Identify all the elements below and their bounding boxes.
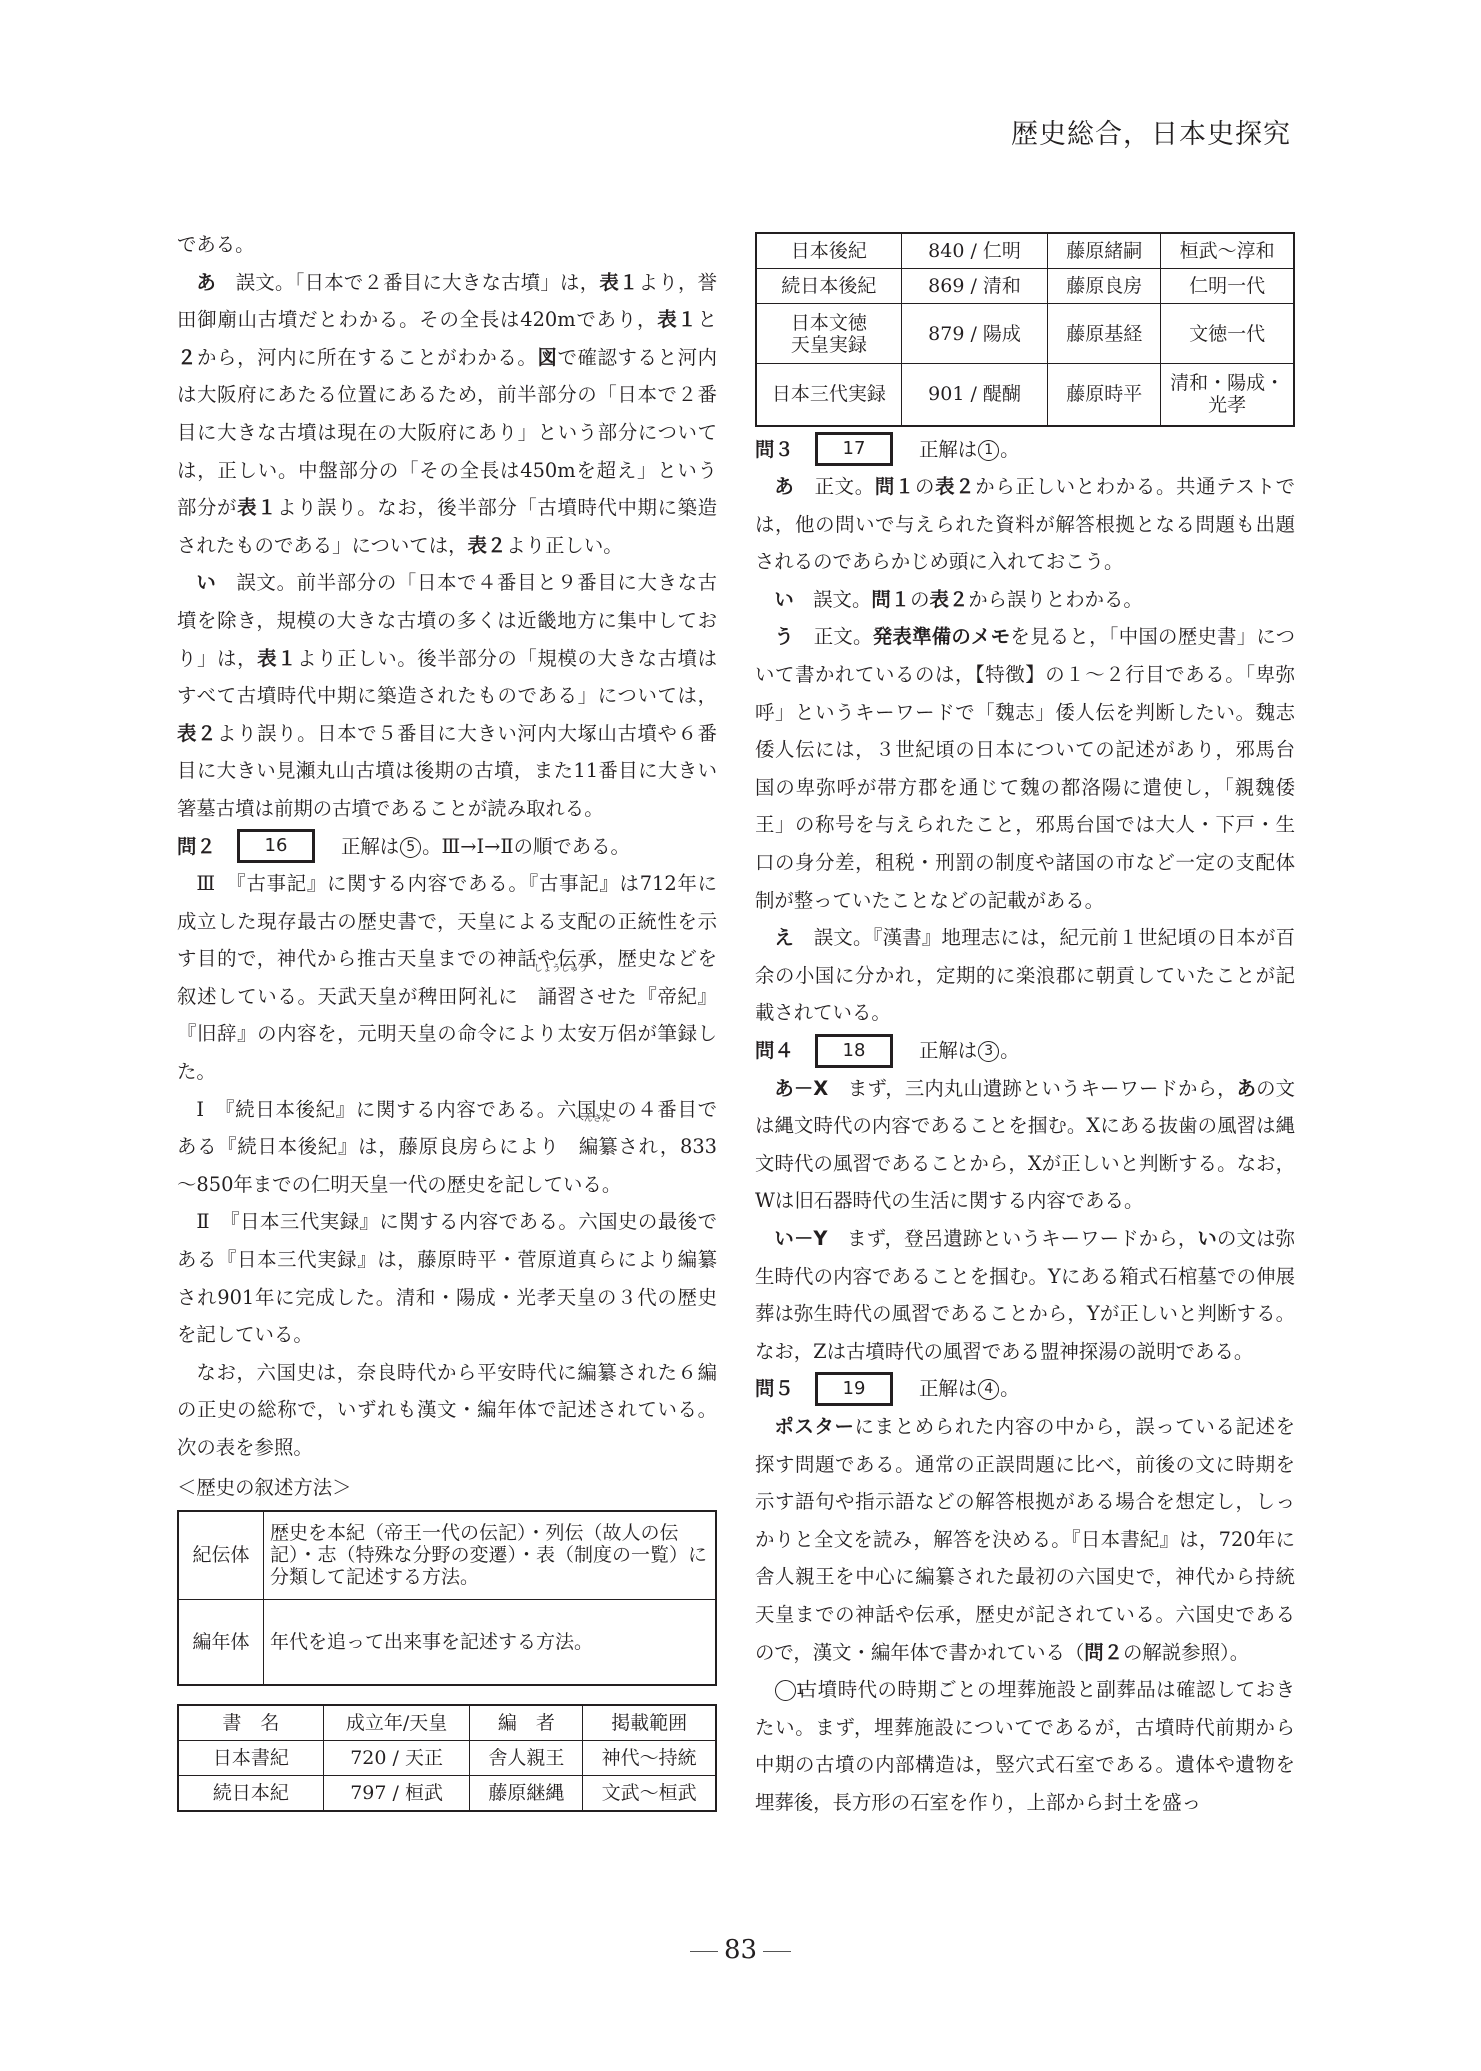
question-3-header: 問３ 17 正解は1。 <box>755 431 1295 469</box>
table-cell: 869 / 清和 <box>901 269 1048 304</box>
answer-text: 正解は1。 <box>919 431 1020 469</box>
table-cell: 840 / 仁明 <box>901 233 1048 269</box>
right-column: 日本後紀 840 / 仁明 藤原緒嗣 桓武～淳和 続日本後紀 869 / 清和 … <box>755 226 1295 1821</box>
table-header-cell: 成立年/天皇 <box>323 1705 470 1741</box>
paragraph-e: え 誤文。『漢書』地理志には，紀元前１世紀頃の日本が百余の小国に分かれ，定期的に… <box>755 919 1295 1032</box>
paragraph-note: なお，六国史は，奈良時代から平安時代に編纂された６編の正史の総称で，いずれも漢文… <box>177 1354 717 1467</box>
table-cell: 日本書紀 <box>178 1741 323 1776</box>
question-4-header: 問４ 18 正解は3。 <box>755 1032 1295 1070</box>
table-cell: 桓武～淳和 <box>1161 233 1294 269</box>
answer-text: 正解は3。 <box>919 1032 1020 1070</box>
answer-text: 正解は5。Ⅲ→Ⅰ→Ⅱの順である。 <box>341 828 630 866</box>
table-cell: 文徳一代 <box>1161 304 1294 364</box>
paragraph-i: い 誤文。前半部分の「日本で４番目と９番目に大きな古墳を除き，規模の大きな古墳の… <box>177 564 717 827</box>
table-cell: 日本後紀 <box>756 233 901 269</box>
table-header-cell: 書 名 <box>178 1705 323 1741</box>
answer-text: 正解は4。 <box>919 1370 1020 1408</box>
table-cell: 年代を追って出来事を記述する方法。 <box>264 1599 717 1685</box>
table-cell: 神代～持統 <box>583 1741 716 1776</box>
paragraph-a-x: あ－X まず，三内丸山遺跡というキーワードから，あの文は縄文時代の内容であること… <box>755 1070 1295 1220</box>
dash-decoration <box>763 1951 791 1952</box>
table-row: 続日本後紀 869 / 清和 藤原良房 仁明一代 <box>756 269 1294 304</box>
table-cell: 仁明一代 <box>1161 269 1294 304</box>
table-cell: 藤原良房 <box>1048 269 1161 304</box>
table-caption: ＜歴史の叙述方法＞ <box>177 1469 717 1507</box>
table-row: 日本書紀 720 / 天正 舎人親王 神代～持統 <box>178 1741 716 1776</box>
table-cell: 日本文徳 天皇実録 <box>756 304 901 364</box>
table-row: 続日本紀 797 / 桓武 藤原継縄 文武～桓武 <box>178 1776 716 1812</box>
left-column: である。 あ 誤文。「日本で２番目に大きな古墳」は，表１より，誉田御廟山古墳だと… <box>177 226 717 1812</box>
table-cell: 藤原時平 <box>1048 364 1161 426</box>
table-cell: 文武～桓武 <box>583 1776 716 1812</box>
table-cell: 879 / 陽成 <box>901 304 1048 364</box>
ruby-word: 編纂へんさん <box>560 1128 618 1166</box>
paragraph-i-y: い－Y まず，登呂遺跡というキーワードから，いの文は弥生時代の内容であることを掴… <box>755 1220 1295 1370</box>
table-cell: 藤原継縄 <box>470 1776 583 1812</box>
table-row: 日本後紀 840 / 仁明 藤原緒嗣 桓武～淳和 <box>756 233 1294 269</box>
circled-number-icon: 1 <box>978 440 999 461</box>
question-label: 問３ <box>755 431 815 469</box>
six-histories-table-continued: 日本後紀 840 / 仁明 藤原緒嗣 桓武～淳和 続日本後紀 869 / 清和 … <box>755 232 1295 427</box>
question-label: 問４ <box>755 1032 815 1070</box>
table-cell: 藤原緒嗣 <box>1048 233 1161 269</box>
table-cell: 797 / 桓武 <box>323 1776 470 1812</box>
answer-number-box: 17 <box>815 432 893 466</box>
table-cell: 藤原基経 <box>1048 304 1161 364</box>
table-cell: 編年体 <box>178 1599 264 1685</box>
table-header-cell: 編 者 <box>470 1705 583 1741</box>
answer-number-box: 16 <box>237 829 315 863</box>
table-cell: 舎人親王 <box>470 1741 583 1776</box>
table-cell: 歴史を本紀（帝王一代の伝記）・列伝（故人の伝記）・志（特殊な分野の変遷）・表（制… <box>264 1511 717 1599</box>
paragraph-poster: ポスターにまとめられた内容の中から，誤っている記述を探す問題である。通常の正誤問… <box>755 1408 1295 1671</box>
paragraph-u: う 正文。発表準備のメモを見ると，「中国の歴史書」について書かれているのは，【特… <box>755 618 1295 919</box>
table-cell: 紀伝体 <box>178 1511 264 1599</box>
paragraph-a: あ 誤文。「日本で２番目に大きな古墳」は，表１より，誉田御廟山古墳だとわかる。そ… <box>177 264 717 565</box>
ruby-word: 誦習しょうしゅう <box>518 978 576 1016</box>
paragraph: である。 <box>177 226 717 264</box>
page-header-title: 歴史総合，日本史探究 <box>1011 112 1291 151</box>
table-cell: 720 / 天正 <box>323 1741 470 1776</box>
paragraph-choice-1: 1古墳時代の時期ごとの埋葬施設と副葬品は確認しておきたい。まず，埋葬施設について… <box>755 1671 1295 1821</box>
table-row: 紀伝体 歴史を本紀（帝王一代の伝記）・列伝（故人の伝記）・志（特殊な分野の変遷）… <box>178 1511 716 1599</box>
paragraph-i: い 誤文。問１の表２から誤りとわかる。 <box>755 581 1295 619</box>
narrative-method-table: 紀伝体 歴史を本紀（帝王一代の伝記）・列伝（故人の伝記）・志（特殊な分野の変遷）… <box>177 1510 717 1686</box>
circled-number-icon: 1 <box>775 1680 796 1701</box>
question-2-header: 問２ 16 正解は5。Ⅲ→Ⅰ→Ⅱの順である。 <box>177 828 717 866</box>
paragraph-ii-roman: Ⅱ 『日本三代実録』に関する内容である。六国史の最後である『日本三代実録』は，藤… <box>177 1203 717 1353</box>
table-cell: 続日本後紀 <box>756 269 901 304</box>
paragraph-i-roman: Ⅰ 『続日本後紀』に関する内容である。六国史の４番目である『続日本後紀』は，藤原… <box>177 1091 717 1204</box>
question-label: 問２ <box>177 828 237 866</box>
table-row: 編年体 年代を追って出来事を記述する方法。 <box>178 1599 716 1685</box>
circled-number-icon: 4 <box>978 1379 999 1400</box>
answer-number-box: 18 <box>815 1034 893 1068</box>
table-cell: 日本三代実録 <box>756 364 901 426</box>
paragraph-a: あ 正文。問１の表２から正しいとわかる。共通テストでは，他の問いで与えられた資料… <box>755 468 1295 581</box>
six-histories-table: 書 名 成立年/天皇 編 者 掲載範囲 日本書紀 720 / 天正 舎人親王 神… <box>177 1704 717 1812</box>
question-5-header: 問５ 19 正解は4。 <box>755 1370 1295 1408</box>
page-number: 83 <box>0 1935 1481 1965</box>
table-cell: 901 / 醍醐 <box>901 364 1048 426</box>
table-cell: 続日本紀 <box>178 1776 323 1812</box>
table-header-cell: 掲載範囲 <box>583 1705 716 1741</box>
table-row: 日本文徳 天皇実録 879 / 陽成 藤原基経 文徳一代 <box>756 304 1294 364</box>
question-label: 問５ <box>755 1370 815 1408</box>
paragraph-iii: Ⅲ 『古事記』に関する内容である。『古事記』は712年に成立した現存最古の歴史書… <box>177 865 717 1091</box>
answer-number-box: 19 <box>815 1372 893 1406</box>
circled-number-icon: 5 <box>400 837 421 858</box>
table-row: 日本三代実録 901 / 醍醐 藤原時平 清和・陽成・ 光孝 <box>756 364 1294 426</box>
circled-number-icon: 3 <box>978 1041 999 1062</box>
table-header-row: 書 名 成立年/天皇 編 者 掲載範囲 <box>178 1705 716 1741</box>
table-cell: 清和・陽成・ 光孝 <box>1161 364 1294 426</box>
dash-decoration <box>690 1951 718 1952</box>
